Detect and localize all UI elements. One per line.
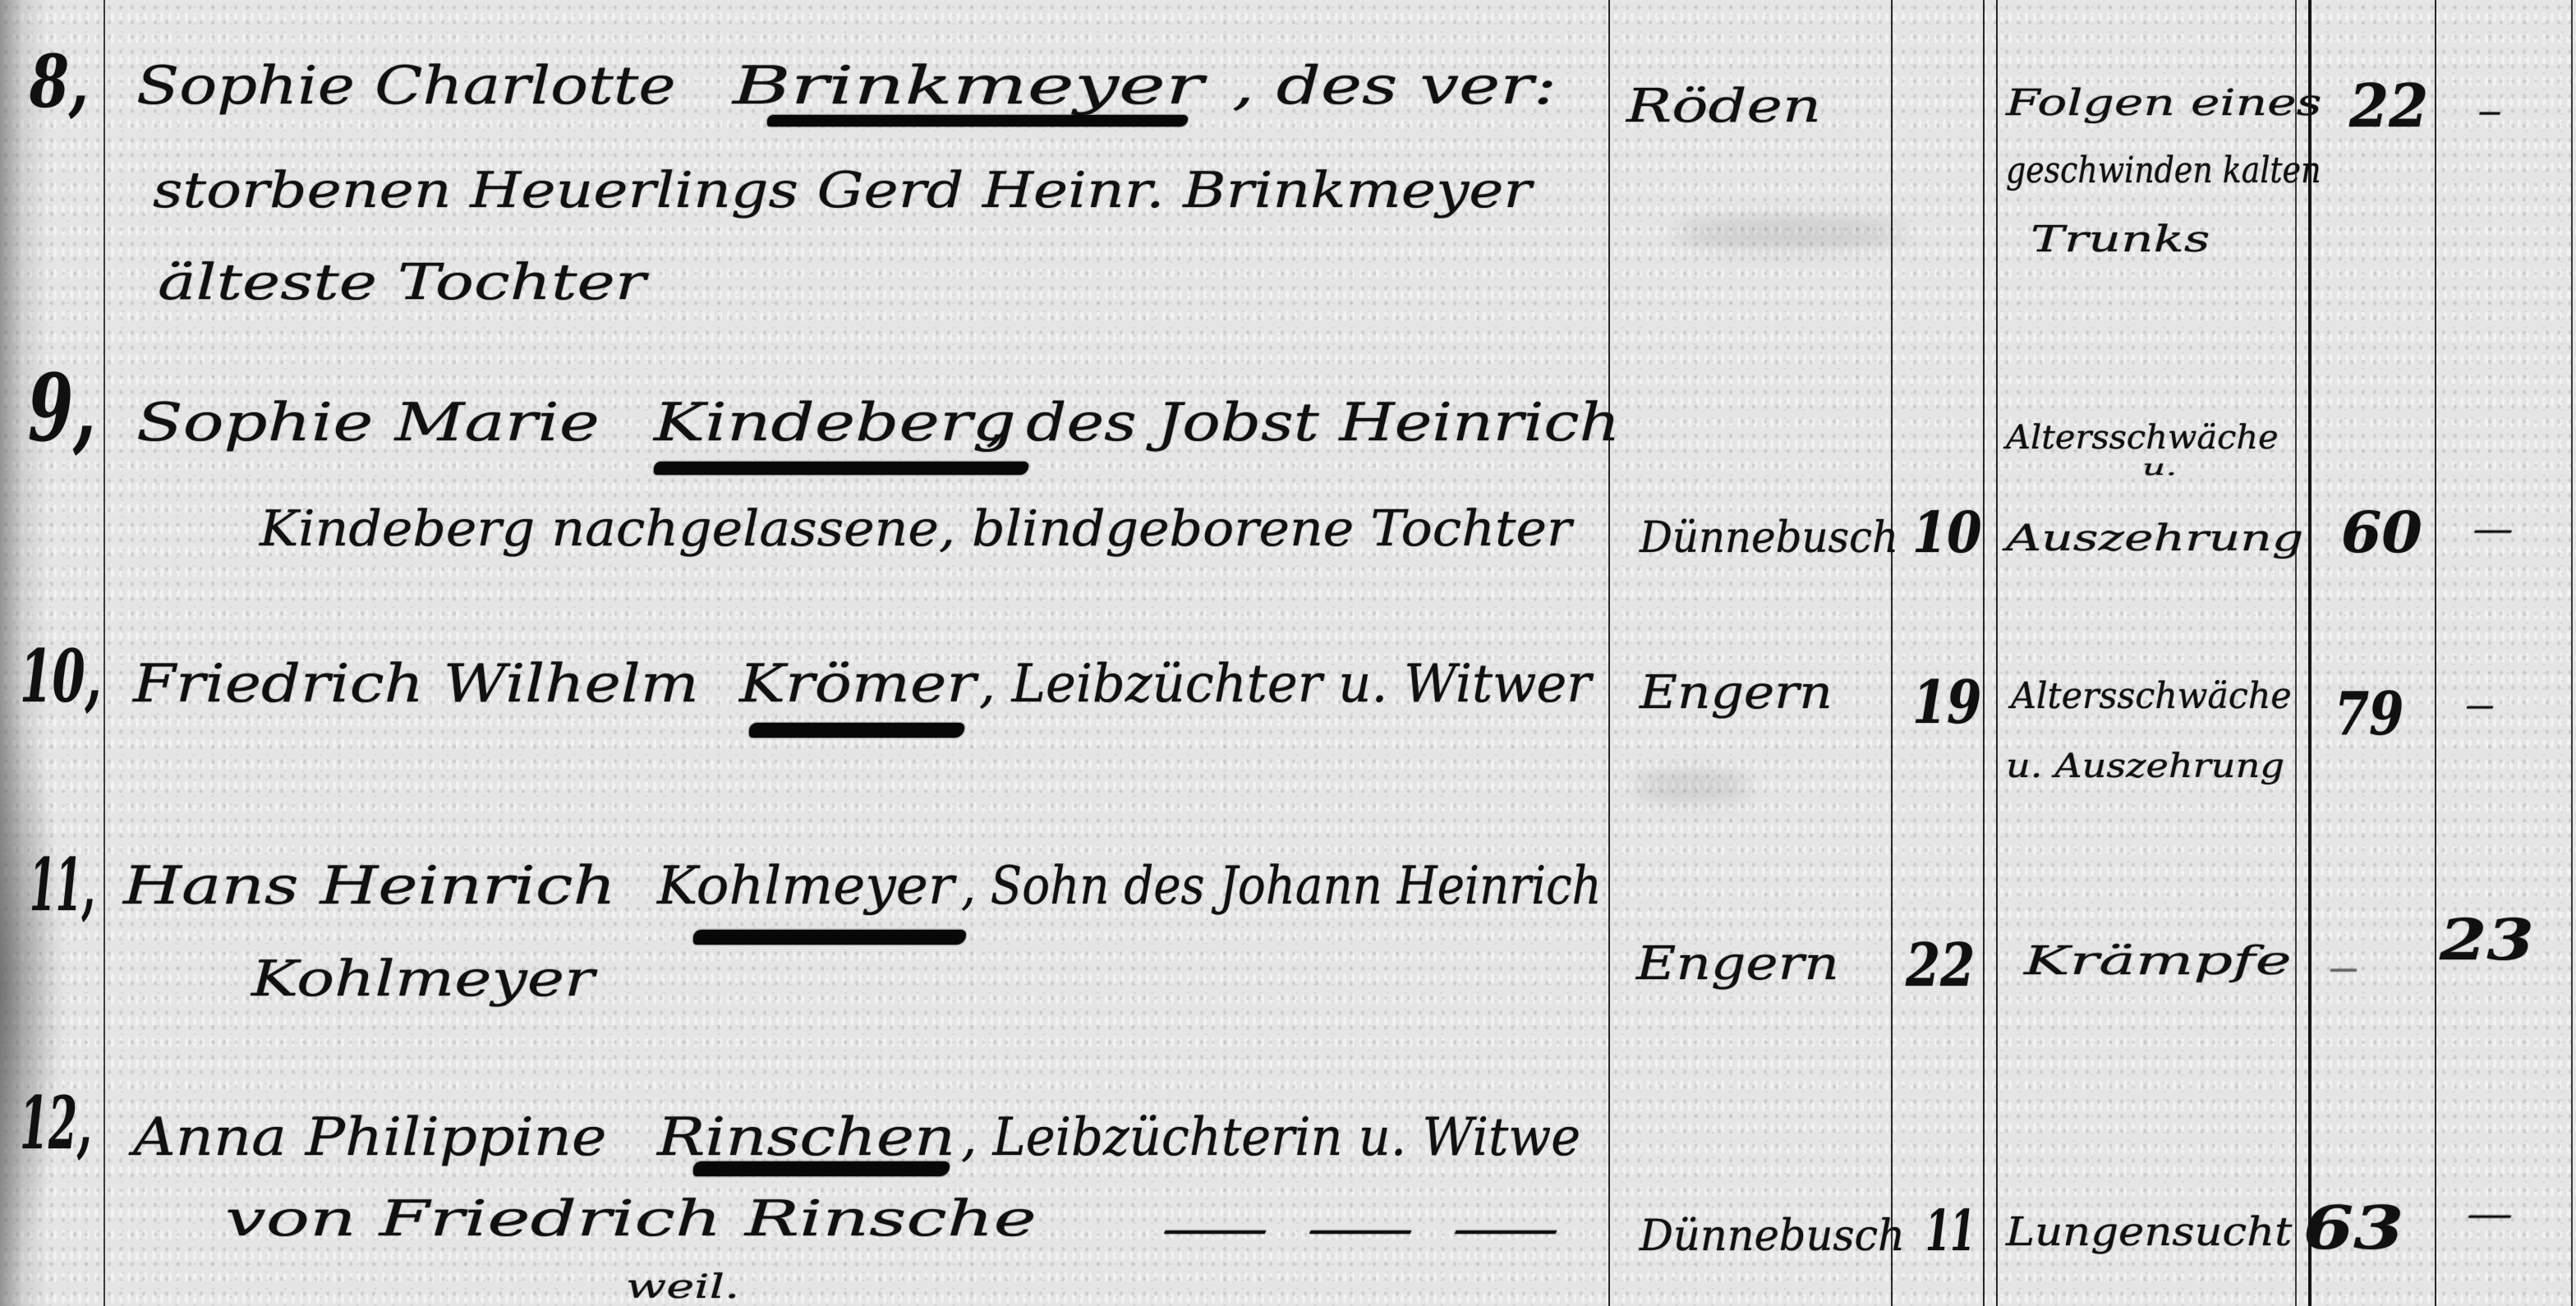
description-continuation: von Friedrich Rinsche: [225, 1196, 1037, 1245]
entry-number: 8,: [30, 48, 89, 120]
ink-smudge: [1676, 217, 1906, 250]
given-names: Friedrich Wilhelm: [133, 657, 699, 710]
description-continuation: Kohlmeyer: [251, 956, 595, 1005]
surname: Krömer: [739, 657, 976, 710]
surname: Brinkmeyer: [733, 59, 1203, 112]
age-years: 60: [2341, 506, 2422, 562]
column-rule-day-cause-a: [1983, 0, 1985, 1306]
description-text: , des ver:: [1232, 59, 1557, 112]
place-of-residence: Engern: [1640, 670, 1833, 716]
age-years: 22: [2349, 77, 2428, 136]
surname-underline: [693, 930, 966, 945]
description-continuation: älteste Tochter: [158, 260, 646, 309]
cause-of-death: u.: [2142, 458, 2177, 480]
age-extra: –: [2477, 95, 2502, 131]
day-of-month: 10: [1912, 506, 1982, 562]
description-text: , Leibzüchter u. Witwer: [979, 657, 1591, 710]
surname-underline: [767, 115, 1188, 126]
surname: Kohlmeyer: [657, 859, 954, 912]
day-of-month: 19: [1912, 674, 1981, 733]
day-of-month: 11: [1925, 1204, 1975, 1260]
surname-underline: [749, 723, 964, 738]
entry-number: 12,: [20, 1089, 92, 1161]
given-names: Anna Philippine: [133, 1111, 606, 1163]
place-of-residence: Röden: [1626, 84, 1821, 130]
day-of-month: 22: [1906, 936, 1975, 996]
surname-underline: [693, 1161, 950, 1176]
place-of-residence: Dünnebusch: [1640, 517, 1898, 560]
entry-number: 10,: [20, 642, 101, 715]
cause-of-death: Altersschwäche: [2006, 421, 2279, 453]
line-filler-dashes: — — —: [1160, 1206, 1561, 1255]
entry-number: 9,: [28, 363, 96, 455]
ink-smudge: [1635, 772, 1750, 802]
column-rule-cause-age-b: [2308, 0, 2311, 1306]
age-years: –: [2328, 951, 2359, 984]
cause-of-death: Folgen eines: [2006, 87, 2321, 123]
surname: Rinschen: [657, 1111, 955, 1163]
cause-of-death: Trunks: [2031, 223, 2210, 260]
column-rule-name-place: [1608, 0, 1611, 1306]
age-extra: –: [2464, 1198, 2515, 1230]
column-rule-age-extra: [2435, 0, 2437, 1306]
column-rule-right-edge: [2571, 0, 2573, 1306]
cause-of-death: Lungensucht: [2006, 1212, 2292, 1252]
description-text: , Sohn des Johann Heinrich: [961, 859, 1602, 912]
age-extra: –: [2471, 513, 2515, 545]
register-page-scan: 8, Sophie Charlotte Brinkmeyer , des ver…: [0, 0, 2576, 1306]
surname: Kindeberg: [654, 396, 1016, 448]
description-continuation: storbenen Heuerlings Gerd Heinr. Brinkme…: [153, 168, 1531, 217]
given-names: Sophie Marie: [136, 396, 600, 448]
surname-underline: [654, 462, 1028, 475]
cause-of-death: u. Auszehrung: [2006, 749, 2284, 782]
place-of-residence: Dünnebusch: [1640, 1216, 1905, 1258]
description-continuation: Kindeberg nachgelassene, blindgeborene T…: [260, 506, 1571, 555]
cause-of-death: Krämpfe: [2024, 941, 2292, 981]
column-rule-place-day: [1891, 0, 1893, 1306]
age-years: 63: [2303, 1199, 2403, 1258]
description-text: , Leibzüchterin u. Witwe: [961, 1111, 1580, 1163]
cause-of-death: Auszehrung: [2006, 522, 2303, 559]
column-rule-day-cause-b: [1996, 0, 1999, 1306]
age-extra: –: [2464, 688, 2495, 721]
margin-rule: [103, 0, 105, 1306]
given-names: Sophie Charlotte: [136, 59, 676, 112]
place-of-residence: Engern: [1636, 941, 1839, 987]
cause-of-death: Altersschwäche: [2011, 680, 2292, 716]
age-years: 79: [2334, 685, 2403, 744]
entry-number: 11,: [30, 851, 95, 923]
cause-of-death: geschwinden kalten: [2006, 154, 2321, 191]
column-rule-cause-age-a: [2295, 0, 2297, 1306]
given-names: Hans Heinrich: [123, 859, 616, 912]
age-extra: 23: [2440, 913, 2534, 969]
description-text: , des Jobst Heinrich: [986, 396, 1620, 448]
inserted-word: weil.: [626, 1270, 739, 1303]
